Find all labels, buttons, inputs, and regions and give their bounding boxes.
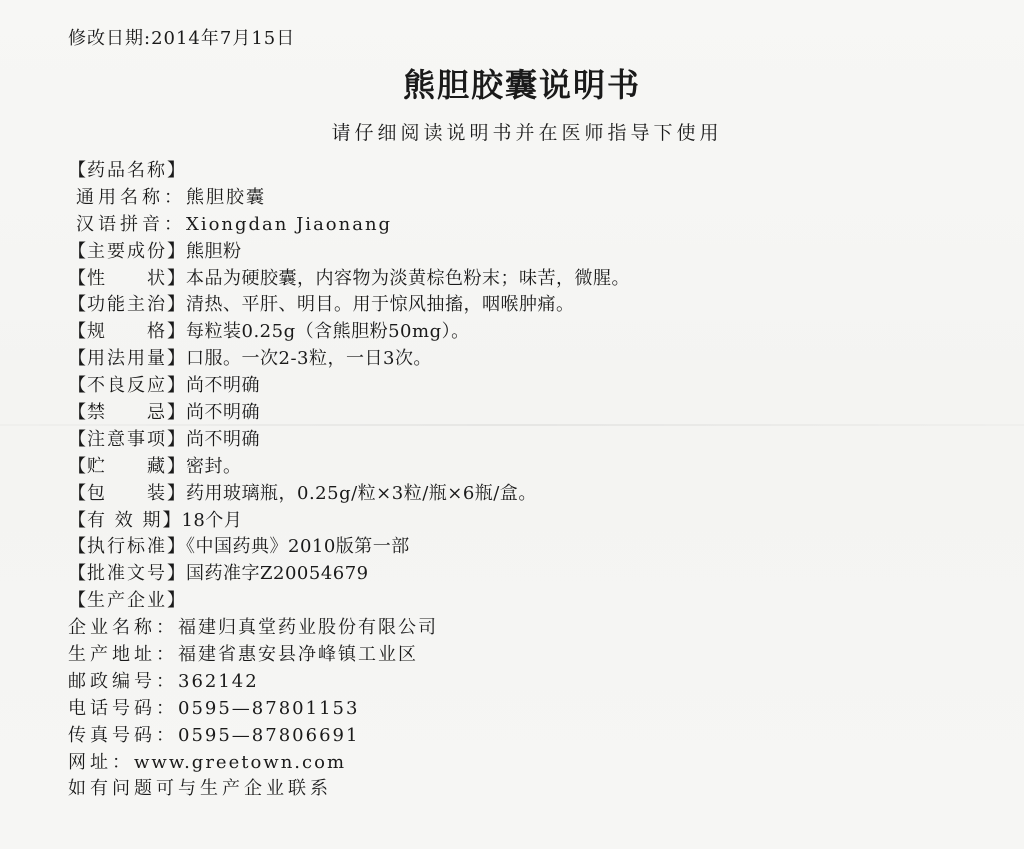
bracket-open: 【	[68, 241, 87, 262]
bracket-open: 【	[68, 590, 87, 611]
section-value: 本品为硬胶囊，内容物为淡黄棕色粉末；味苦，微腥。	[186, 268, 630, 289]
section-ingredients: 【主要成份】熊胆粉	[68, 239, 630, 266]
section-adverse-reactions: 【不良反应】尚不明确	[68, 373, 630, 400]
section-value: 药用玻璃瓶，0.25g/粒×3粒/瓶×6瓶/盒。	[186, 483, 537, 504]
document-page: 修改日期:2014年7月15日 熊胆胶囊说明书 请仔细阅读说明书并在医师指导下使…	[0, 0, 1024, 849]
bracket-open: 【	[68, 294, 87, 315]
section-dosage: 【用法用量】口服。一次2-3粒，一日3次。	[68, 346, 630, 373]
website-row: 网址：www.greetown.com	[68, 750, 630, 777]
section-value: 口服。一次2-3粒，一日3次。	[186, 348, 432, 369]
section-label: 禁 忌	[87, 402, 167, 423]
field-label: 通用名称：	[76, 187, 186, 208]
pinyin-row: 汉语拼音：Xiongdan Jiaonang	[68, 212, 630, 239]
company-name-row: 企业名称：福建归真堂药业股份有限公司	[68, 615, 630, 642]
document-subtitle: 请仔细阅读说明书并在医师指导下使用	[0, 118, 1024, 145]
bracket-open: 【	[68, 429, 87, 450]
section-label: 主要成份	[87, 241, 167, 262]
bracket-open: 【	[68, 402, 87, 423]
field-label: 汉语拼音：	[76, 214, 186, 235]
section-label: 批准文号	[87, 563, 167, 584]
website-link[interactable]: www.greetown.com	[134, 752, 346, 773]
section-label: 规 格	[87, 321, 167, 342]
field-value: 福建归真堂药业股份有限公司	[178, 617, 438, 638]
bracket-open: 【	[68, 510, 87, 531]
section-packaging: 【包 装】药用玻璃瓶，0.25g/粒×3粒/瓶×6瓶/盒。	[68, 481, 630, 508]
bracket-close: 】	[167, 590, 186, 611]
section-label: 不良反应	[87, 375, 167, 396]
section-value: 密封。	[186, 456, 242, 477]
bracket-close: 】	[167, 429, 186, 450]
bracket-close: 】	[167, 536, 186, 557]
bracket-open: 【	[68, 456, 87, 477]
section-standard: 【执行标准】《中国药典》2010版第一部	[68, 534, 630, 561]
section-contraindications: 【禁 忌】尚不明确	[68, 400, 630, 427]
section-description: 【性 状】本品为硬胶囊，内容物为淡黄棕色粉末；味苦，微腥。	[68, 266, 630, 293]
leaflet-content: 【药品名称】 通用名称：熊胆胶囊 汉语拼音：Xiongdan Jiaonang …	[68, 158, 630, 803]
section-label: 贮 藏	[87, 456, 167, 477]
field-value: 362142	[178, 671, 259, 692]
bracket-close: 】	[167, 268, 186, 289]
field-label: 网址：	[68, 752, 134, 773]
section-label: 用法用量	[87, 348, 167, 369]
bracket-open: 【	[68, 268, 87, 289]
section-value: 尚不明确	[186, 375, 260, 396]
bracket-close: 】	[167, 402, 186, 423]
section-value: 每粒装0.25g（含熊胆粉50mg）。	[186, 321, 470, 342]
bracket-close: 】	[162, 510, 181, 531]
section-value: 尚不明确	[186, 429, 260, 450]
section-label: 有 效 期	[87, 510, 162, 531]
bracket-open: 【	[68, 536, 87, 557]
section-value: 熊胆粉	[186, 241, 242, 262]
bracket-close: 】	[167, 563, 186, 584]
generic-name-row: 通用名称：熊胆胶囊	[68, 185, 630, 212]
postal-code-row: 邮政编号：362142	[68, 669, 630, 696]
bracket-close: 】	[167, 160, 186, 181]
bracket-close: 】	[167, 241, 186, 262]
fax-row: 传真号码：0595—87806691	[68, 723, 630, 750]
section-storage: 【贮 藏】密封。	[68, 454, 630, 481]
phone-row: 电话号码：0595—87801153	[68, 696, 630, 723]
bracket-open: 【	[68, 348, 87, 369]
section-value: 国药准字Z20054679	[186, 563, 369, 584]
bracket-open: 【	[68, 563, 87, 584]
bracket-close: 】	[167, 321, 186, 342]
field-value: 福建省惠安县净峰镇工业区	[178, 644, 418, 665]
field-label: 邮政编号：	[68, 671, 178, 692]
section-specification: 【规 格】每粒装0.25g（含熊胆粉50mg）。	[68, 319, 630, 346]
field-value: 0595—87806691	[178, 725, 359, 746]
bracket-open: 【	[68, 160, 87, 181]
section-indications: 【功能主治】清热、平肝、明目。用于惊风抽搐，咽喉肿痛。	[68, 292, 630, 319]
bracket-close: 】	[167, 348, 186, 369]
section-label: 执行标准	[87, 536, 167, 557]
contact-note-text: 如有问题可与生产企业联系	[68, 778, 332, 799]
section-value: 尚不明确	[186, 402, 260, 423]
field-label: 生产地址：	[68, 644, 178, 665]
document-title: 熊胆胶囊说明书	[0, 60, 1024, 106]
field-value: Xiongdan Jiaonang	[186, 214, 392, 235]
field-label: 电话号码：	[68, 698, 178, 719]
bracket-open: 【	[68, 375, 87, 396]
field-label: 企业名称：	[68, 617, 178, 638]
section-label: 注意事项	[87, 429, 167, 450]
section-precautions: 【注意事项】尚不明确	[68, 427, 630, 454]
field-value: 0595—87801153	[178, 698, 359, 719]
bracket-open: 【	[68, 483, 87, 504]
section-label: 性 状	[87, 268, 167, 289]
field-label: 传真号码：	[68, 725, 178, 746]
contact-note: 如有问题可与生产企业联系	[68, 776, 630, 803]
address-row: 生产地址：福建省惠安县净峰镇工业区	[68, 642, 630, 669]
bracket-close: 】	[167, 456, 186, 477]
bracket-close: 】	[167, 294, 186, 315]
section-value: 《中国药典》2010版第一部	[186, 536, 410, 557]
section-label: 药品名称	[87, 160, 167, 181]
section-value: 清热、平肝、明目。用于惊风抽搐，咽喉肿痛。	[186, 294, 575, 315]
bracket-close: 】	[167, 375, 186, 396]
section-label: 生产企业	[87, 590, 167, 611]
section-label: 功能主治	[87, 294, 167, 315]
modified-date: 修改日期:2014年7月15日	[68, 24, 295, 50]
bracket-close: 】	[167, 483, 186, 504]
section-value: 18个月	[181, 510, 242, 531]
field-value: 熊胆胶囊	[186, 187, 266, 208]
section-shelf-life: 【有 效 期】18个月	[68, 508, 630, 535]
section-approval-number: 【批准文号】国药准字Z20054679	[68, 561, 630, 588]
section-drug-name: 【药品名称】	[68, 158, 630, 185]
bracket-open: 【	[68, 321, 87, 342]
section-manufacturer: 【生产企业】	[68, 588, 630, 615]
section-label: 包 装	[87, 483, 167, 504]
